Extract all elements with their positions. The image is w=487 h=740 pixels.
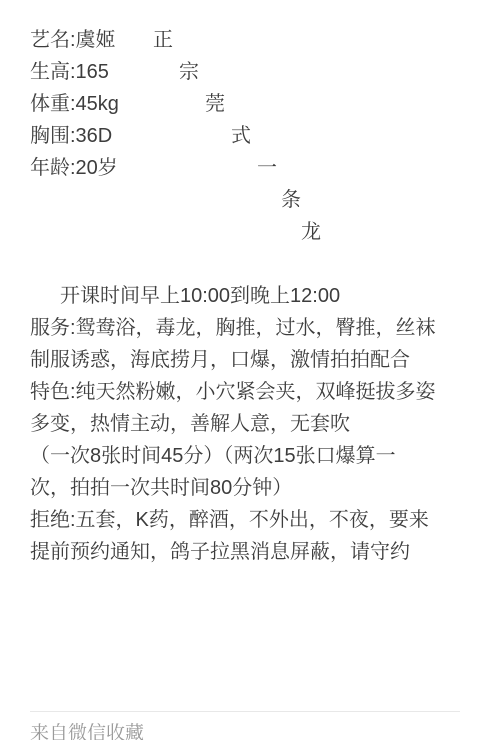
profile-line-stage-name: 艺名:虞姬 xyxy=(30,24,116,56)
body-line-services-1: 服务:鸳鸯浴，毒龙，胸推，过水，臀推，丝袜 xyxy=(30,312,436,344)
body-line-pricing-1: （一次8张时间45分）（两次15张口爆算一 xyxy=(30,440,396,472)
banner-char: 条 xyxy=(281,184,301,216)
profile-line-height: 生高:165 xyxy=(30,56,109,88)
banner-char: 宗 xyxy=(179,56,199,88)
banner-char: 式 xyxy=(231,120,251,152)
profile-line-bust: 胸围:36D xyxy=(30,120,112,152)
body-line-services-2: 制服诱惑，海底捞月，口爆，激情拍拍配合 xyxy=(30,344,410,376)
body-line-pricing-2: 次，拍拍一次共时间80分钟） xyxy=(30,472,292,504)
wechat-favorite-note-view: 艺名:虞姬 生高:165 体重:45kg 胸围:36D 年龄:20岁 正 宗 莞… xyxy=(0,0,487,740)
banner-char: 正 xyxy=(153,24,173,56)
profile-line-weight: 体重:45kg xyxy=(30,88,119,120)
banner-char: 龙 xyxy=(301,216,321,248)
body-line-schedule: 开课时间早上10:00到晚上12:00 xyxy=(60,280,340,312)
banner-char: 一 xyxy=(257,152,277,184)
body-line-features-2: 多变，热情主动，善解人意，无套吹 xyxy=(30,408,350,440)
body-line-features-1: 特色:纯天然粉嫩，小穴紧会夹，双峰挺拔多姿 xyxy=(30,376,436,408)
footer-divider xyxy=(30,711,460,712)
profile-line-age: 年龄:20岁 xyxy=(30,152,118,184)
body-line-rules-1: 拒绝:五套，K药，醉酒，不外出，不夜，要来 xyxy=(30,504,429,536)
source-label: 来自微信收藏 xyxy=(30,722,144,740)
body-line-rules-2: 提前预约通知，鸽子拉黑消息屏蔽，请守约 xyxy=(30,536,410,568)
banner-char: 莞 xyxy=(205,88,225,120)
